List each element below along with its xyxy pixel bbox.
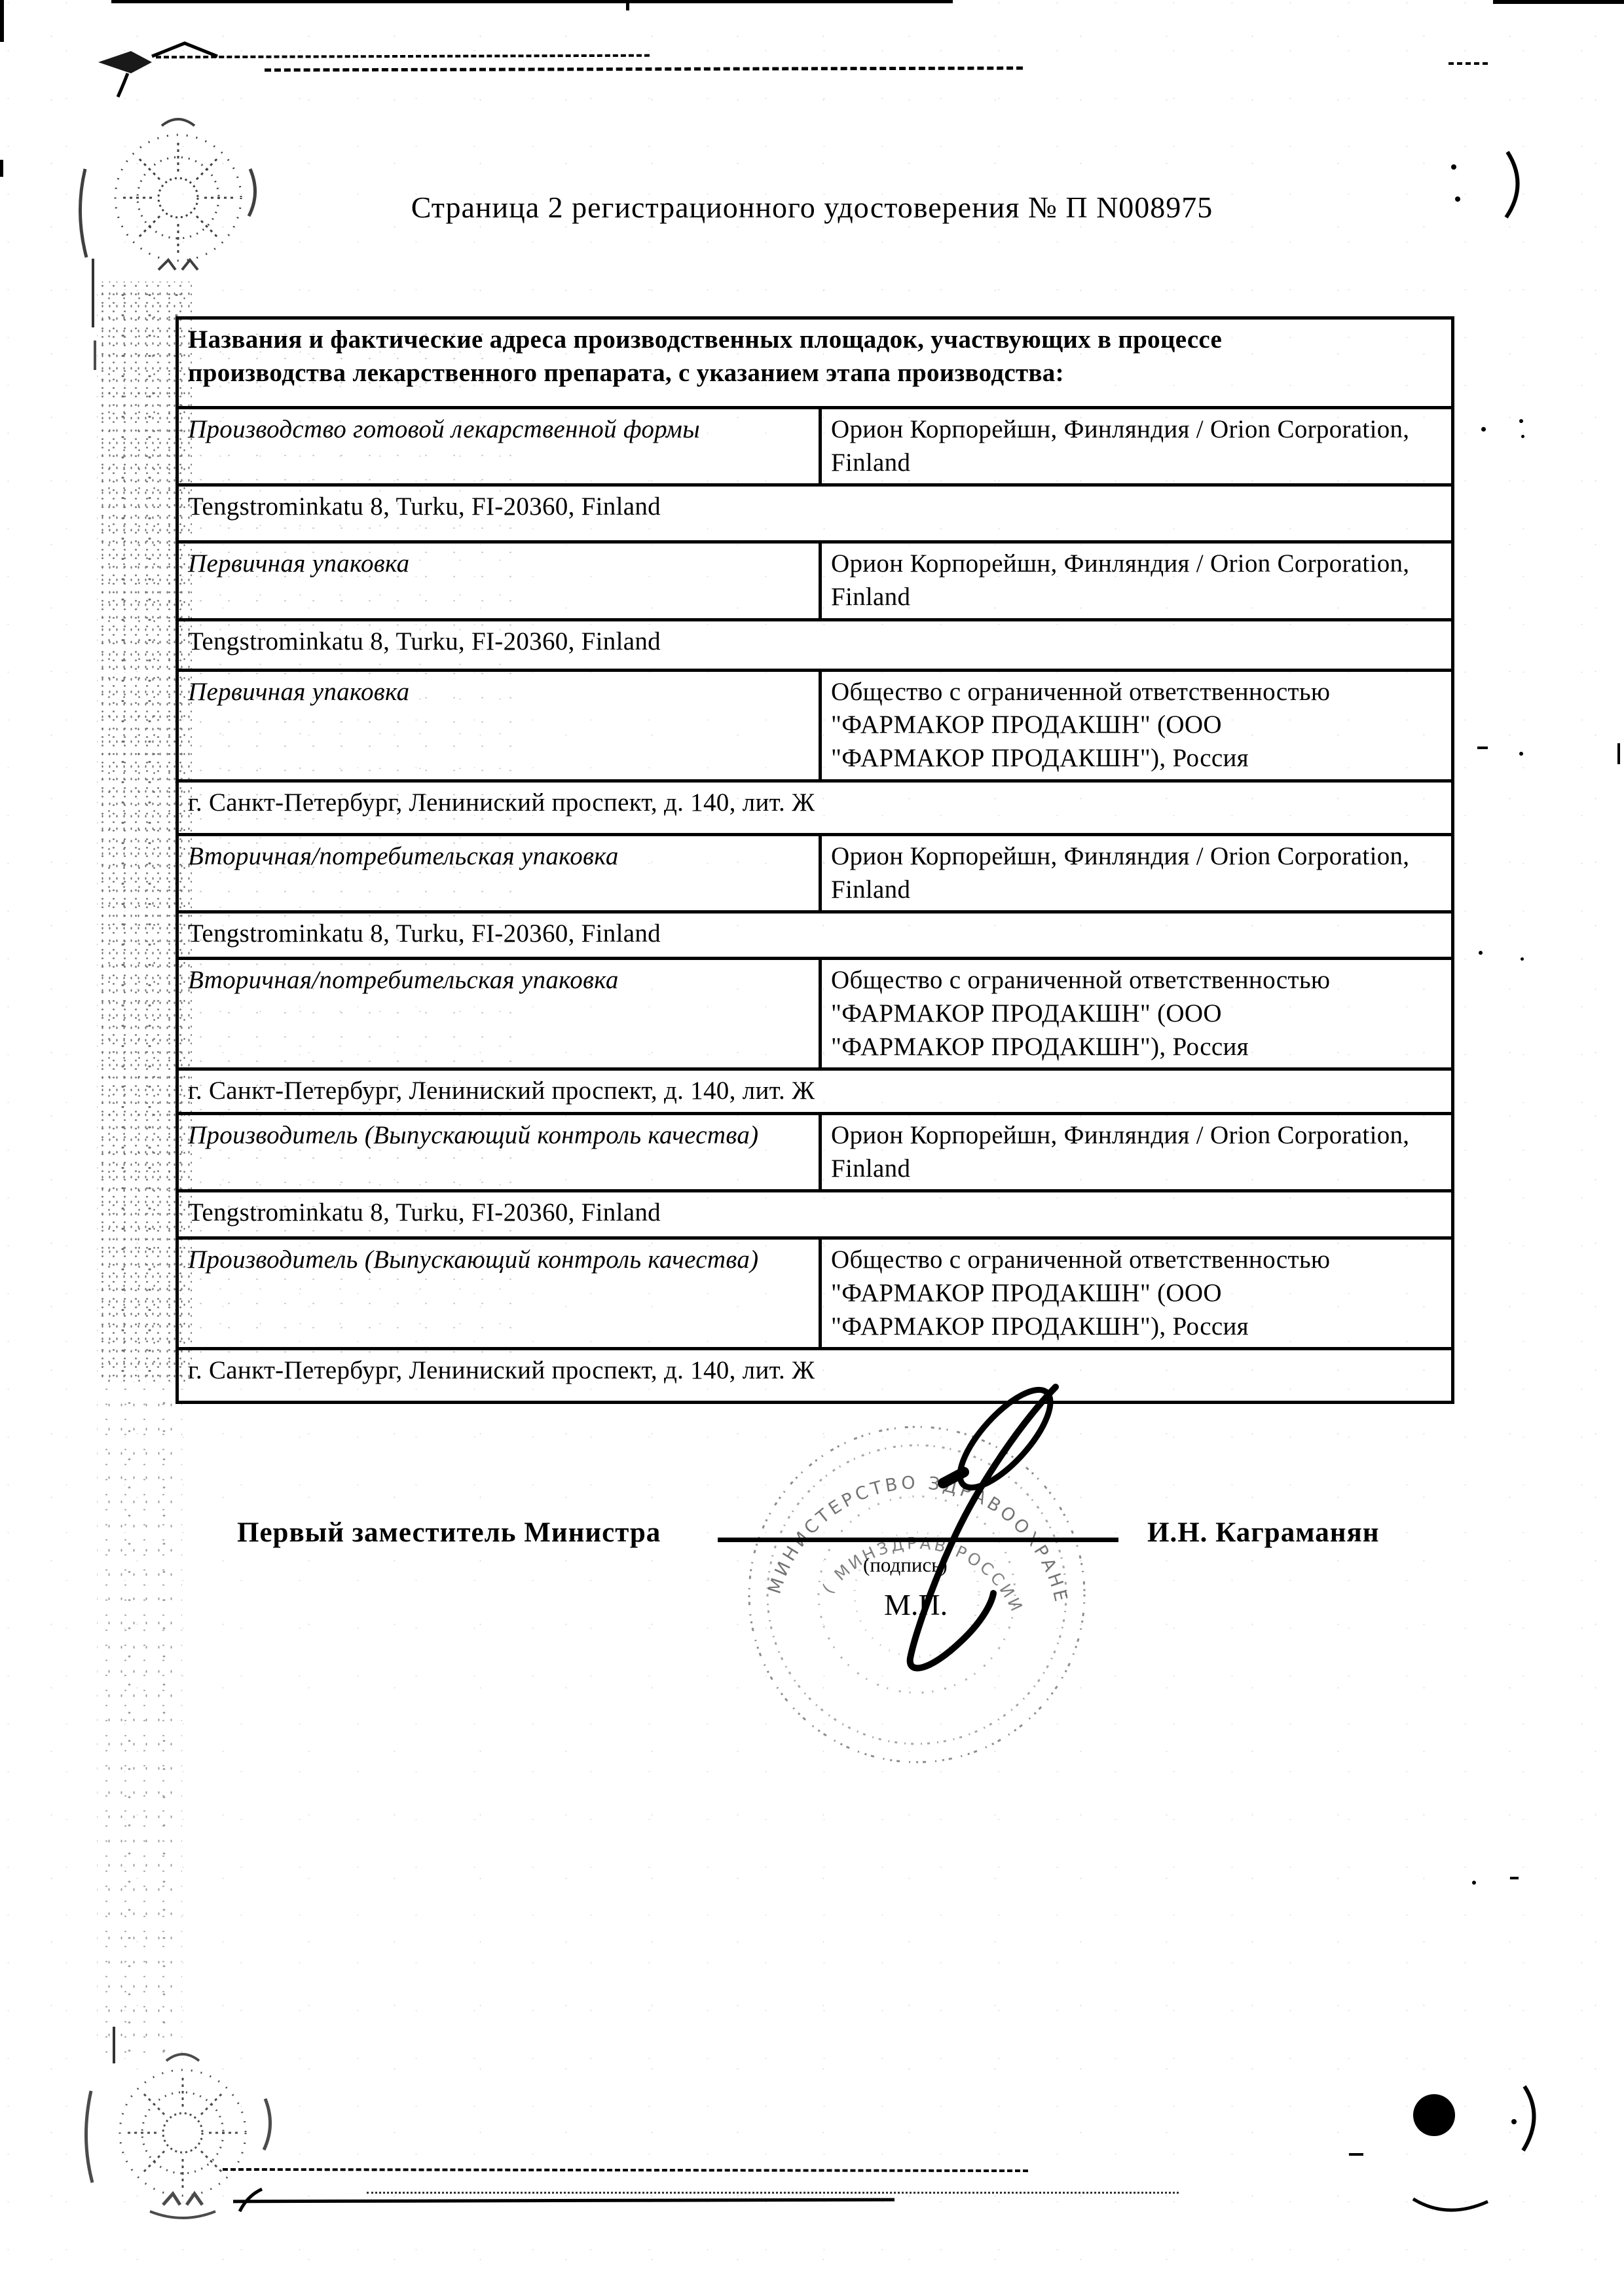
address-cell: г. Санкт-Петербург, Лениниский проспект,… (177, 781, 1453, 834)
address-cell: г. Санкт-Петербург, Лениниский проспект,… (177, 1069, 1453, 1114)
scan-speck (113, 2027, 115, 2063)
table-row: Tengstrominkatu 8, Turku, FI-20360, Finl… (177, 912, 1453, 959)
address-cell: Tengstrominkatu 8, Turku, FI-20360, Finl… (177, 619, 1453, 670)
scanned-document-page: Страница 2 регистрационного удостоверени… (0, 0, 1624, 2288)
signature-caption: (подпись) (863, 1553, 948, 1577)
scan-speck (1521, 435, 1524, 438)
table-row: Tengstrominkatu 8, Turku, FI-20360, Finl… (177, 485, 1453, 542)
scan-speck (92, 259, 94, 327)
scan-fold-dashed-line (223, 2168, 1028, 2172)
manufacturer-cell: Орион Корпорейшн, Финляндия / Orion Corp… (821, 542, 1453, 619)
scan-speck (1521, 957, 1524, 961)
address-cell: Tengstrominkatu 8, Turku, FI-20360, Finl… (177, 1191, 1453, 1238)
stamp-arc-text-inner: ( МИНЗДРАВ РОССИИ ) (733, 1408, 1030, 1623)
seal-place-caption: М.П. (884, 1587, 948, 1622)
scan-mark-curl (236, 2184, 282, 2217)
table-row: Производитель (Выпускающий контроль каче… (177, 1238, 1453, 1349)
signatory-title: Первый заместитель Министра (237, 1517, 661, 1549)
stage-cell: Первичная упаковка (177, 670, 821, 781)
scan-speck (626, 3, 629, 10)
table-row: Производство готовой лекарственной формы… (177, 408, 1453, 485)
page-title: Страница 2 регистрационного удостоверени… (0, 190, 1624, 225)
svg-text:( МИНЗДРАВ РОССИИ ): ( МИНЗДРАВ РОССИИ ) (733, 1408, 1030, 1623)
scan-fold-dashed-line (265, 66, 1023, 71)
table-row: г. Санкт-Петербург, Лениниский проспект,… (177, 1069, 1453, 1114)
scan-edge-line (111, 0, 953, 3)
table-row: Tengstrominkatu 8, Turku, FI-20360, Finl… (177, 1191, 1453, 1238)
table-row: г. Санкт-Петербург, Лениниский проспект,… (177, 1349, 1453, 1403)
scan-speck (0, 0, 4, 42)
table-header-line1: Названия и фактические адреса производст… (188, 323, 1442, 357)
stage-cell: Первичная упаковка (177, 542, 821, 619)
table-row: Первичная упаковка Орион Корпорейшн, Фин… (177, 542, 1453, 619)
scan-speck (1479, 951, 1483, 955)
emblem-watermark-bottom (77, 2033, 280, 2236)
scan-edge-line (233, 2198, 895, 2204)
scan-speck (1481, 427, 1486, 432)
stage-cell: Производитель (Выпускающий контроль каче… (177, 1113, 821, 1190)
address-cell: Tengstrominkatu 8, Turku, FI-20360, Finl… (177, 912, 1453, 959)
scan-speck (1349, 2153, 1363, 2156)
scan-speck (1519, 752, 1523, 756)
manufacturer-cell: Орион Корпорейшн, Финляндия / Orion Corp… (821, 1113, 1453, 1190)
manufacturer-cell: Орион Корпорейшн, Финляндия / Orion Corp… (821, 834, 1453, 912)
scan-speck (1477, 747, 1488, 749)
scan-mark-squiggle (92, 39, 229, 105)
production-sites-table: Названия и фактические адреса производст… (175, 316, 1454, 1404)
table-row: Tengstrominkatu 8, Turku, FI-20360, Finl… (177, 619, 1453, 670)
table-row: г. Санкт-Петербург, Лениниский проспект,… (177, 781, 1453, 834)
scan-fold-dashed-line (1449, 62, 1488, 65)
table-row: Вторичная/потребительская упаковка Орион… (177, 834, 1453, 912)
manufacturer-cell: Общество с ограниченной ответственностью… (821, 1238, 1453, 1349)
scan-speck (94, 341, 96, 370)
scan-speck (1519, 419, 1523, 423)
table-header-cell: Названия и фактические адреса производст… (177, 318, 1453, 408)
stage-cell: Производитель (Выпускающий контроль каче… (177, 1238, 821, 1349)
scan-noise-left-band (97, 1382, 182, 2056)
scan-speck (1510, 1877, 1519, 1879)
signatory-name: И.Н. Каграманян (1147, 1517, 1380, 1549)
manufacturer-cell: Общество с ограниченной ответственностью… (821, 959, 1453, 1069)
scan-fold-dashed-line (156, 54, 650, 59)
stage-cell: Производство готовой лекарственной формы (177, 408, 821, 485)
scan-fold-dashed-line (367, 2192, 1179, 2194)
table-row: Вторичная/потребительская упаковка Общес… (177, 959, 1453, 1069)
stage-cell: Вторичная/потребительская упаковка (177, 959, 821, 1069)
table-header-line2: производства лекарственного препарата, с… (188, 357, 1442, 390)
scan-edge-line (1493, 0, 1624, 4)
manufacturer-cell: Орион Корпорейшн, Финляндия / Orion Corp… (821, 408, 1453, 485)
stage-cell: Вторичная/потребительская упаковка (177, 834, 821, 912)
scan-speck (0, 160, 3, 177)
scan-speck (1472, 1881, 1476, 1885)
scan-speck (1617, 743, 1620, 764)
scan-bracket-marks (1506, 2082, 1559, 2161)
scan-mark-smile (1408, 2194, 1493, 2223)
manufacturer-cell: Общество с ограниченной ответственностью… (821, 670, 1453, 781)
table-row: Производитель (Выпускающий контроль каче… (177, 1113, 1453, 1190)
signature-line (718, 1538, 1118, 1542)
address-cell: г. Санкт-Петербург, Лениниский проспект,… (177, 1349, 1453, 1403)
table-row: Первичная упаковка Общество с ограниченн… (177, 670, 1453, 781)
punch-hole-dot (1413, 2094, 1455, 2136)
address-cell: Tengstrominkatu 8, Turku, FI-20360, Finl… (177, 485, 1453, 542)
